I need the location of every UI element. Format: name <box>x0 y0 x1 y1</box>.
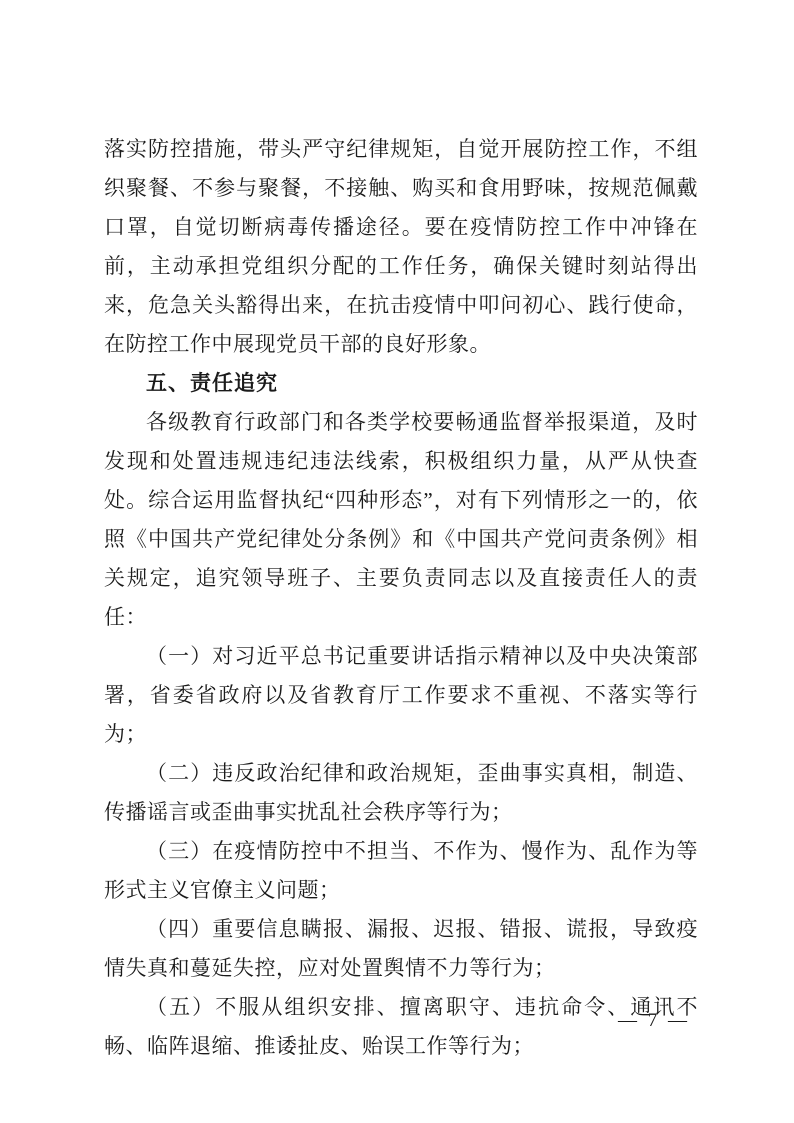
document-page: 落实防控措施，带头严守纪律规矩，自觉开展防控工作，不组织聚餐、不参与聚餐，不接触… <box>0 0 794 1123</box>
list-item-4: （四）重要信息瞒报、漏报、迟报、错报、谎报，导致疫情失真和蔓延失控，应对处置舆情… <box>104 910 698 988</box>
list-item-3: （三）在疫情防控中不担当、不作为、慢作为、乱作为等形式主义官僚主义问题； <box>104 832 698 910</box>
paragraph-continuation: 落实防控措施，带头严守纪律规矩，自觉开展防控工作，不组织聚餐、不参与聚餐，不接触… <box>104 130 698 364</box>
list-item-1: （一）对习近平总书记重要讲话指示精神以及中央决策部署，省委省政府以及省教育厅工作… <box>104 637 698 754</box>
page-number: — 7 — <box>618 1011 690 1031</box>
document-body: 落实防控措施，带头严守纪律规矩，自觉开展防控工作，不组织聚餐、不参与聚餐，不接触… <box>104 130 698 1066</box>
list-item-5: （五）不服从组织安排、擅离职守、违抗命令、通讯不畅、临阵退缩、推诿扯皮、贻误工作… <box>104 988 698 1066</box>
section-heading: 五、责任追究 <box>104 364 698 403</box>
list-item-2: （二）违反政治纪律和政治规矩，歪曲事实真相，制造、传播谣言或歪曲事实扰乱社会秩序… <box>104 754 698 832</box>
paragraph-intro: 各级教育行政部门和各类学校要畅通监督举报渠道，及时发现和处置违规违纪违法线索，积… <box>104 403 698 637</box>
